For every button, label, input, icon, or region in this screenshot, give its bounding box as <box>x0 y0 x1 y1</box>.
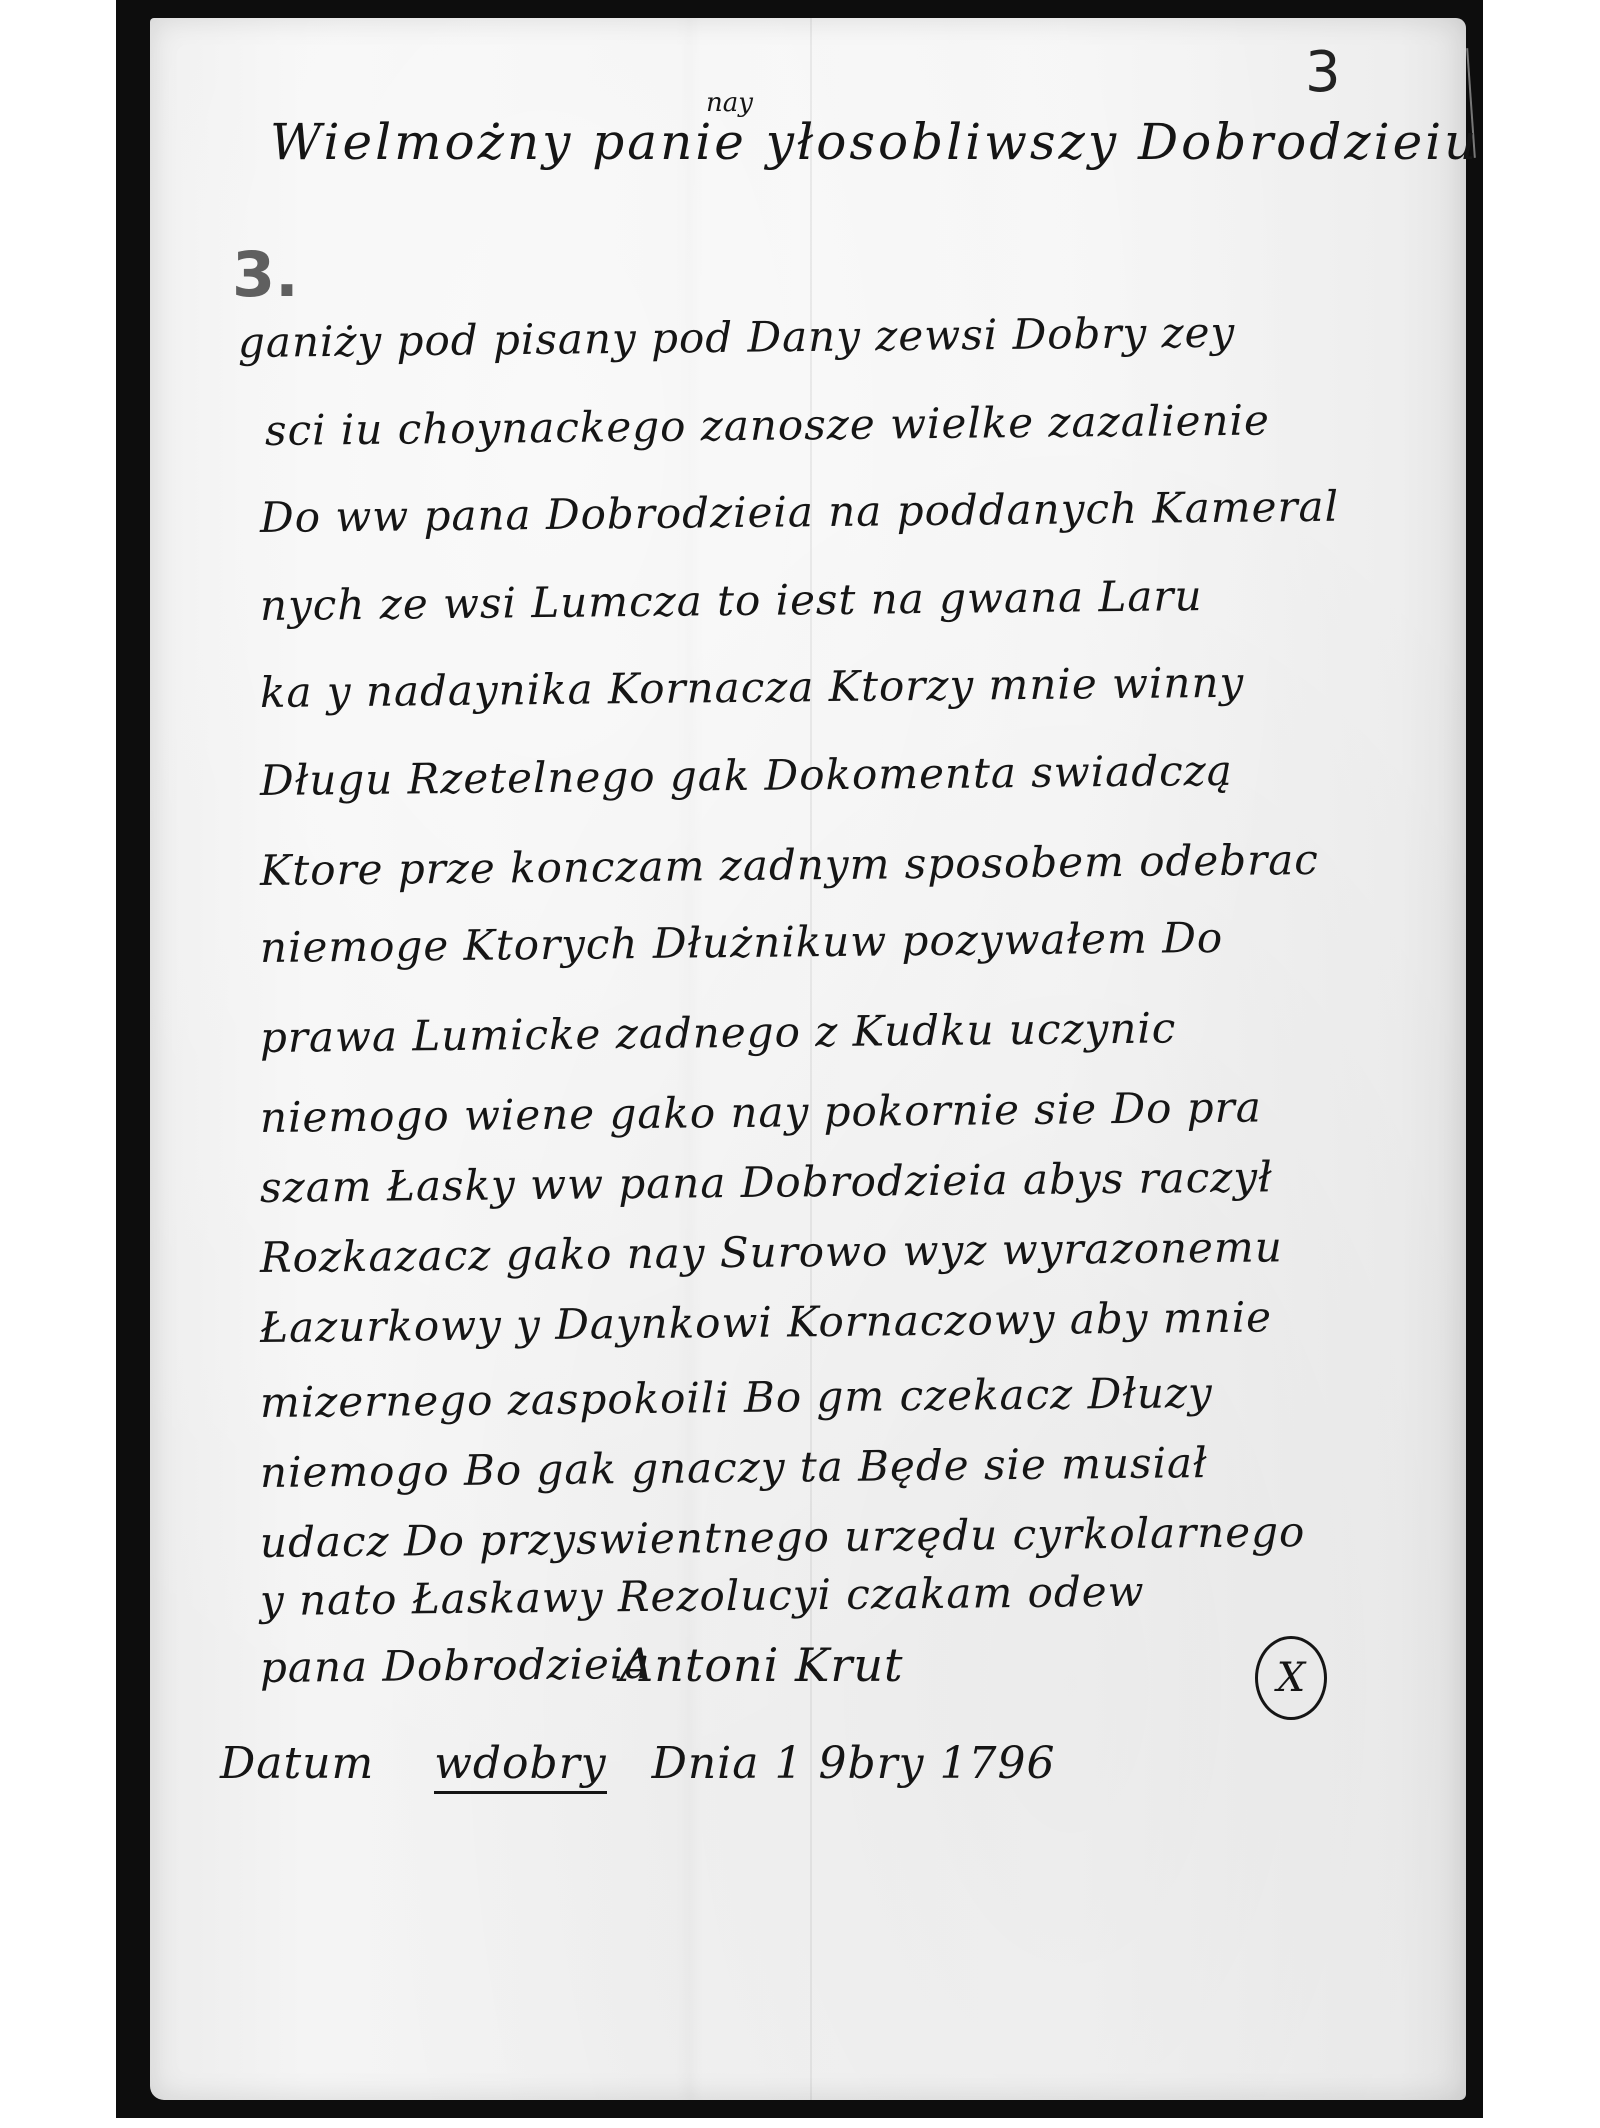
body-line: niemogo wiene gako nay pokornie sie Do p… <box>260 1083 1262 1142</box>
body-line: udacz Do przyswientnego urzędu cyrkolarn… <box>260 1507 1306 1567</box>
body-line: prawa Lumicke zadnego z Kudku uczynic <box>260 1003 1177 1062</box>
signature: Antoni Krut <box>620 1638 903 1692</box>
body-line: niemogo Bo gak gnaczy ta Będe sie musiał <box>260 1438 1208 1497</box>
date-line: Datum wdobry Dnia 1 9bry 1796 <box>220 1738 1055 1789</box>
body-line: Rozkazacz gako nay Surowo wyz wyrazonemu <box>260 1222 1283 1282</box>
body-line: sci iu choynackego zanosze wielke zazali… <box>265 395 1270 455</box>
body-line: Do ww pana Dobrodzieia na poddanych Kame… <box>260 482 1340 542</box>
salutation-heading: Wielmożny panie yłosobliwszy Dobrodzieiu <box>270 113 1479 171</box>
signature-mark-circle: X <box>1255 1636 1327 1720</box>
body-line: ka y nadaynika Kornacza Ktorzy mnie winn… <box>260 658 1245 717</box>
manuscript-page: 3 3. nay Wielmożny panie yłosobliwszy Do… <box>150 18 1466 2100</box>
body-line: szam Łasky ww pana Dobrodzieia abys racz… <box>260 1152 1273 1212</box>
body-line: mizernego zaspokoili Bo gm czekacz Dłuzy <box>260 1368 1213 1427</box>
page-number: 3 <box>1305 40 1341 105</box>
body-line: Ktore prze konczam zadnym sposobem odebr… <box>260 835 1319 895</box>
body-line: nych ze wsi Lumcza to iest na gwana Laru <box>260 571 1203 630</box>
place-name: wdobry <box>434 1738 606 1794</box>
body-line: Łazurkowy y Daynkowi Kornaczowy aby mnie <box>260 1292 1272 1352</box>
body-line: ganiży pod pisany pod Dany zewsi Dobry z… <box>238 308 1236 367</box>
body-line: pana Dobrodzieia <box>260 1639 651 1692</box>
datum-label: Datum <box>220 1738 374 1789</box>
date-text: Dnia 1 9bry 1796 <box>652 1738 1056 1789</box>
cross-mark-icon: X <box>1277 1655 1305 1701</box>
folio-mark: 3. <box>232 238 299 311</box>
body-line: Długu Rzetelnego gak Dokomenta swiadczą <box>260 746 1233 805</box>
body-line: niemoge Ktorych Dłużnikuw pozywałem Do <box>260 913 1224 972</box>
body-line: y nato Łaskawy Rezolucyi czakam odew <box>260 1567 1145 1625</box>
